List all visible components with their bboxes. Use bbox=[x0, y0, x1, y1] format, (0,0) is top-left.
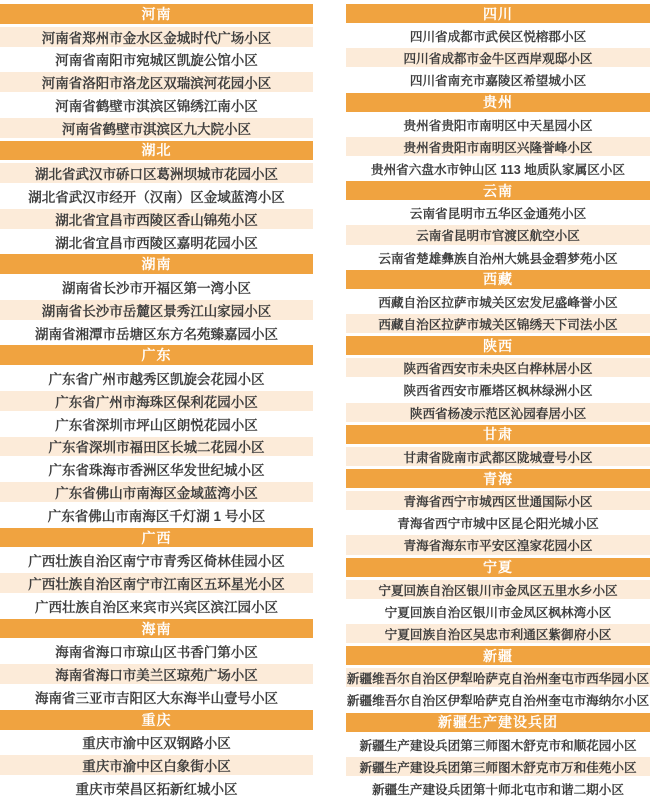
community-list-item: 广西壮族自治区南宁市青秀区倚林佳园小区 bbox=[0, 550, 313, 570]
community-list-item: 甘肃省陇南市武都区陇城壹号小区 bbox=[346, 447, 650, 466]
community-list-item: 广东省广州市越秀区凯旋会花园小区 bbox=[0, 368, 313, 388]
community-list-item: 广东省深圳市福田区长城二花园小区 bbox=[0, 437, 313, 457]
community-list-item: 广东省珠海市香洲区华发世纪城小区 bbox=[0, 459, 313, 479]
community-list-item: 广东省佛山市南海区金域蓝湾小区 bbox=[0, 482, 313, 502]
section-header: 海南 bbox=[0, 619, 313, 639]
community-list-item: 河南省郑州市金水区金城时代广场小区 bbox=[0, 27, 313, 47]
community-list-item: 四川省成都市金牛区西岸观邸小区 bbox=[346, 48, 650, 67]
community-list-item: 陕西省西安市雁塔区枫林绿洲小区 bbox=[346, 380, 650, 399]
community-list-item: 海南省海口市琼山区书香门第小区 bbox=[0, 641, 313, 661]
section-header: 河南 bbox=[0, 4, 313, 24]
section-header: 广西 bbox=[0, 528, 313, 548]
community-list-item: 湖南省长沙市开福区第一湾小区 bbox=[0, 277, 313, 297]
community-list-item: 四川省成都市武侯区悦榕郡小区 bbox=[346, 26, 650, 45]
section-header: 新疆生产建设兵团 bbox=[346, 713, 650, 732]
community-list-item: 西藏自治区拉萨市城关区锦绣天下司法小区 bbox=[346, 314, 650, 333]
community-list-item: 宁夏回族自治区银川市金凤区枫林湾小区 bbox=[346, 602, 650, 621]
community-list-item: 海南省三亚市吉阳区大东海半山壹号小区 bbox=[0, 687, 313, 707]
province-community-list: 河南河南省郑州市金水区金城时代广场小区河南省南阳市宛城区凯旋公馆小区河南省洛阳市… bbox=[0, 0, 650, 802]
section-header: 新疆 bbox=[346, 646, 650, 665]
community-list-item: 宁夏回族自治区吴忠市利通区紫御府小区 bbox=[346, 624, 650, 643]
community-list-item: 湖北省宜昌市西陵区嘉明花园小区 bbox=[0, 232, 313, 252]
community-list-item: 湖北省武汉市经开（汉南）区金域蓝湾小区 bbox=[0, 186, 313, 206]
community-list-item: 重庆市渝中区双钢路小区 bbox=[0, 733, 313, 753]
community-list-item: 河南省鹤壁市淇滨区九大院小区 bbox=[0, 118, 313, 138]
section-header: 甘肃 bbox=[346, 425, 650, 444]
community-list-item: 新疆生产建设兵团第三师图木舒克市万和佳苑小区 bbox=[346, 757, 650, 776]
community-list-item: 海南省海口市美兰区琼苑广场小区 bbox=[0, 664, 313, 684]
community-list-item: 青海省西宁市城西区世通国际小区 bbox=[346, 491, 650, 510]
community-list-item: 河南省洛阳市洛龙区双瑞滨河花园小区 bbox=[0, 72, 313, 92]
community-list-item: 陕西省杨凌示范区沁园春居小区 bbox=[346, 403, 650, 422]
community-list-item: 云南省昆明市五华区金通苑小区 bbox=[346, 203, 650, 222]
section-header: 湖南 bbox=[0, 254, 313, 274]
community-list-item: 广东省佛山市南海区千灯湖 1 号小区 bbox=[0, 505, 313, 525]
community-list-item: 广东省广州市海珠区保利花园小区 bbox=[0, 391, 313, 411]
community-list-item: 云南省昆明市官渡区航空小区 bbox=[346, 225, 650, 244]
section-header: 广东 bbox=[0, 345, 313, 365]
community-list-item: 广西壮族自治区来宾市兴宾区滨江园小区 bbox=[0, 596, 313, 616]
section-header: 重庆 bbox=[0, 710, 313, 730]
section-header: 青海 bbox=[346, 469, 650, 488]
community-list-item: 湖北省武汉市硚口区葛洲坝城市花园小区 bbox=[0, 163, 313, 183]
community-list-item: 湖南省长沙市岳麓区景秀江山家园小区 bbox=[0, 300, 313, 320]
community-list-item: 四川省南充市嘉陵区希望城小区 bbox=[346, 70, 650, 89]
community-list-item: 湖北省宜昌市西陵区香山锦苑小区 bbox=[0, 209, 313, 229]
community-list-item: 新疆生产建设兵团第十师北屯市和谐二期小区 bbox=[346, 779, 650, 798]
column-right: 四川四川省成都市武侯区悦榕郡小区四川省成都市金牛区西岸观邸小区四川省南充市嘉陵区… bbox=[346, 4, 650, 798]
community-list-item: 新疆生产建设兵团第三师图木舒克市和顺花园小区 bbox=[346, 735, 650, 754]
community-list-item: 宁夏回族自治区银川市金凤区五里水乡小区 bbox=[346, 580, 650, 599]
community-list-item: 河南省南阳市宛城区凯旋公馆小区 bbox=[0, 50, 313, 70]
community-list-item: 陕西省西安市未央区白桦林居小区 bbox=[346, 358, 650, 377]
section-header: 云南 bbox=[346, 181, 650, 200]
community-list-item: 青海省海东市平安区湟家花园小区 bbox=[346, 535, 650, 554]
community-list-item: 广东省深圳市坪山区朗悦花园小区 bbox=[0, 414, 313, 434]
community-list-item: 新疆维吾尔自治区伊犁哈萨克自治州奎屯市西华园小区 bbox=[346, 668, 650, 687]
community-list-item: 青海省西宁市城中区昆仑阳光城小区 bbox=[346, 513, 650, 532]
section-header: 西藏 bbox=[346, 270, 650, 289]
community-list-item: 河南省鹤壁市淇滨区锦绣江南小区 bbox=[0, 95, 313, 115]
section-header: 湖北 bbox=[0, 141, 313, 161]
community-list-item: 湖南省湘潭市岳塘区东方名苑臻嘉园小区 bbox=[0, 323, 313, 343]
community-list-item: 贵州省六盘水市钟山区 113 地质队家属区小区 bbox=[346, 159, 650, 178]
section-header: 贵州 bbox=[346, 93, 650, 112]
community-list-item: 重庆市渝中区白象街小区 bbox=[0, 755, 313, 775]
community-list-item: 重庆市荣昌区拓新红城小区 bbox=[0, 778, 313, 798]
community-list-item: 西藏自治区拉萨市城关区宏发尼盛峰誉小区 bbox=[346, 292, 650, 311]
section-header: 四川 bbox=[346, 4, 650, 23]
community-list-item: 贵州省贵阳市南明区兴隆誉峰小区 bbox=[346, 137, 650, 156]
column-left: 河南河南省郑州市金水区金城时代广场小区河南省南阳市宛城区凯旋公馆小区河南省洛阳市… bbox=[0, 4, 313, 798]
community-list-item: 广西壮族自治区南宁市江南区五环星光小区 bbox=[0, 573, 313, 593]
section-header: 陕西 bbox=[346, 336, 650, 355]
community-list-item: 云南省楚雄彝族自治州大姚县金碧梦苑小区 bbox=[346, 248, 650, 267]
section-header: 宁夏 bbox=[346, 558, 650, 577]
community-list-item: 贵州省贵阳市南明区中天星园小区 bbox=[346, 115, 650, 134]
community-list-item: 新疆维吾尔自治区伊犁哈萨克自治州奎屯市海纳尔小区 bbox=[346, 690, 650, 709]
